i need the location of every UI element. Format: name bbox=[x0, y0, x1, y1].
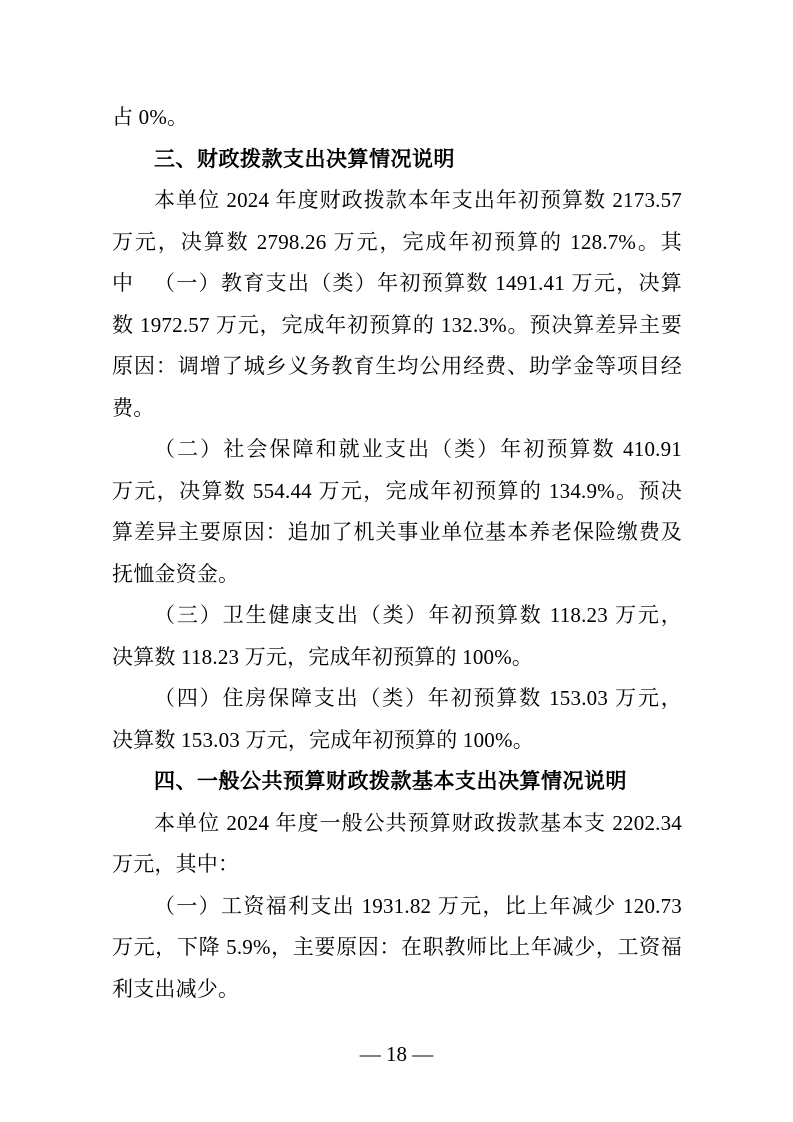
text-line: （一）教育支出（类）年初预算数 1491.41 万元，决算 bbox=[112, 263, 682, 305]
text-line: （一）工资福利支出 1931.82 万元，比上年减少 120.73 bbox=[112, 886, 682, 928]
text-line: （三）卫生健康支出（类）年初预算数 118.23 万元， bbox=[112, 595, 682, 637]
text-line: 本单位 2024 年度一般公共预算财政拨款基本支 2202.34 bbox=[112, 803, 682, 845]
text-line: 利支出减少。 bbox=[112, 969, 682, 1011]
text-line: 原因：调增了城乡义务教育生均公用经费、助学金等项目经 bbox=[112, 346, 682, 388]
text-line: 决算数 118.23 万元，完成年初预算的 100%。 bbox=[112, 637, 682, 679]
text-line-continuation: 占 0%。 bbox=[112, 97, 682, 139]
text-line: 数 1972.57 万元，完成年初预算的 132.3%。预决算差异主要 bbox=[112, 305, 682, 347]
text-line: 万元，决算数 2798.26 万元，完成年初预算的 128.7%。其中： bbox=[112, 222, 682, 264]
text-line: 万元，其中： bbox=[112, 844, 682, 886]
text-line: 算差异主要原因：追加了机关事业单位基本养老保险缴费及 bbox=[112, 512, 682, 554]
text-line: 费。 bbox=[112, 388, 682, 430]
text-line: 决算数 153.03 万元，完成年初预算的 100%。 bbox=[112, 720, 682, 762]
section-heading-four: 四、一般公共预算财政拨款基本支出决算情况说明 bbox=[112, 761, 682, 803]
text-line: 万元，下降 5.9%，主要原因：在职教师比上年减少，工资福 bbox=[112, 927, 682, 969]
text-line: （四）住房保障支出（类）年初预算数 153.03 万元， bbox=[112, 678, 682, 720]
page-content: 占 0%。 三、财政拨款支出决算情况说明 本单位 2024 年度财政拨款本年支出… bbox=[112, 97, 682, 1010]
text-line: 万元，决算数 554.44 万元，完成年初预算的 134.9%。预决 bbox=[112, 471, 682, 513]
text-line: （二）社会保障和就业支出（类）年初预算数 410.91 bbox=[112, 429, 682, 471]
section-heading-three: 三、财政拨款支出决算情况说明 bbox=[112, 139, 682, 181]
page-number: — 18 — bbox=[0, 1034, 793, 1076]
text-line: 本单位 2024 年度财政拨款本年支出年初预算数 2173.57 bbox=[112, 180, 682, 222]
text-line: 抚恤金资金。 bbox=[112, 554, 682, 596]
